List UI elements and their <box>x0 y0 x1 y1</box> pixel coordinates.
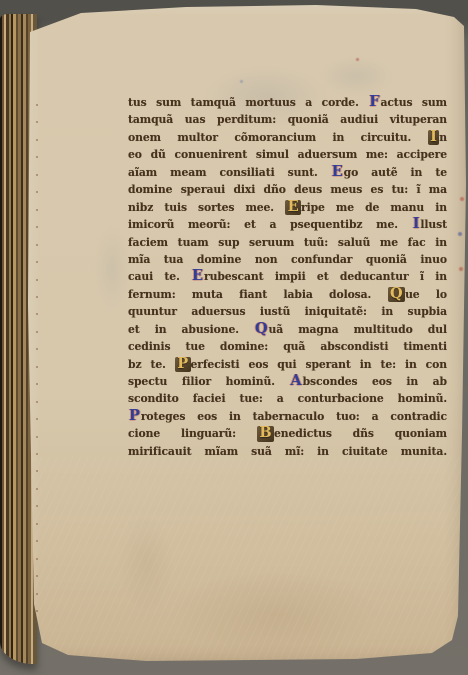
pricking-dot <box>36 505 38 507</box>
text-line: aĩam meam consiliati sunt. Ego autẽ in t… <box>128 164 447 181</box>
text-segment: ue lo <box>405 288 447 301</box>
text-line: cedinis tue domine: quã abscondisti time… <box>128 338 447 355</box>
bleed-speck <box>459 267 463 271</box>
text-segment: bz te. <box>128 358 175 371</box>
versal-initial-p: P <box>128 409 141 424</box>
pricking-dot <box>36 366 38 368</box>
pricking-dot <box>36 209 38 211</box>
text-line: domine speraui dixi dño deus meus es tu:… <box>128 181 447 198</box>
text-segment: actus sum <box>380 96 447 109</box>
versal-initial-f: F <box>368 95 380 110</box>
text-line: Proteges eos in tabernaculo tuo: a contr… <box>128 408 447 425</box>
pricking-dot <box>36 540 38 542</box>
pricking-dot <box>36 226 38 228</box>
text-segment: uã magna multitudo dul <box>268 323 447 336</box>
text-line: faciem tuam sup seruum tuũ: saluũ me fac… <box>128 234 447 251</box>
text-segment: quuntur aduersus iustũ iniquitatẽ: in su… <box>128 305 447 318</box>
text-segment: cione linguarũ: <box>128 427 257 440</box>
text-line: cione linguarũ: Benedictus dñs quoniam <box>128 425 447 442</box>
text-segment: spectu filior hominũ. <box>128 375 289 388</box>
bleed-speck <box>240 80 243 83</box>
text-segment: go autẽ in te <box>344 166 447 179</box>
text-line: mirificauit mĩam suã mĩ: in ciuitate mun… <box>128 443 447 460</box>
text-segment: scondito faciei tue: a conturbacione hom… <box>128 392 447 405</box>
pricking-dot <box>36 156 38 158</box>
text-segment: n <box>439 131 447 144</box>
pricking-dot <box>36 279 38 281</box>
bleed-speck <box>356 58 359 61</box>
text-segment: caui te. <box>128 270 191 283</box>
pricking-dot <box>36 418 38 420</box>
text-segment: llust <box>420 218 447 231</box>
versal-initial-e: E <box>191 269 204 284</box>
text-segment: et in abusione. <box>128 323 254 336</box>
manuscript-photo: { "scene": { "subject": "Illuminated man… <box>0 0 468 675</box>
pricking-dot <box>36 593 38 595</box>
bleed-speck <box>460 197 464 201</box>
versal-initial-p: P <box>175 357 191 373</box>
pricking-dot <box>36 313 38 315</box>
text-line: eo dũ conuenirent simul aduersum me: acc… <box>128 146 447 163</box>
text-segment: tamquã uas perditum: quoniã audiui vitup… <box>128 113 447 126</box>
text-line: caui te. Erubescant impii et deducantur … <box>128 268 447 285</box>
versal-initial-q: Q <box>254 322 269 337</box>
text-segment: imicorũ meorũ: et a psequentibz me. <box>128 218 412 231</box>
pricking-dot <box>36 104 38 106</box>
text-segment: aĩam meam consiliati sunt. <box>128 166 331 179</box>
text-segment: fernum: muta fiant labia dolosa. <box>128 288 388 301</box>
text-line: tus sum tamquã mortuus a corde. Factus s… <box>128 94 447 111</box>
versal-initial-i: I <box>428 130 440 146</box>
pricking-dot <box>36 401 38 403</box>
pricking-dot <box>36 348 38 350</box>
pricking-dot <box>36 453 38 455</box>
text-line: mĩa tua domine non confundar quoniã inuo <box>128 251 447 268</box>
versal-initial-b: B <box>257 426 274 442</box>
pricking-dot <box>36 331 38 333</box>
text-segment: tus sum tamquã mortuus a corde. <box>128 96 368 109</box>
pricking-dot <box>36 470 38 472</box>
pricking-dot <box>36 610 38 612</box>
versal-initial-a: A <box>289 374 302 389</box>
pricking-dot <box>36 296 38 298</box>
text-line: bz te. Perfecisti eos qui sperant in te:… <box>128 356 447 373</box>
versal-initial-e: E <box>285 200 301 216</box>
text-line: imicorũ meorũ: et a psequentibz me. Illu… <box>128 216 447 233</box>
text-block: tus sum tamquã mortuus a corde. Factus s… <box>128 94 447 460</box>
text-segment: onem multor cõmorancium in circuitu. <box>128 131 428 144</box>
text-line: quuntur aduersus iustũ iniquitatẽ: in su… <box>128 303 447 320</box>
text-segment: eo dũ conuenirent simul aduersum me: acc… <box>128 148 447 161</box>
pricking-dot <box>36 261 38 263</box>
pricking-dot <box>36 558 38 560</box>
pricking-dot <box>36 436 38 438</box>
versal-initial-e: E <box>331 165 344 180</box>
text-line: fernum: muta fiant labia dolosa. Que lo <box>128 286 447 303</box>
text-segment: cedinis tue domine: quã abscondisti time… <box>128 340 447 353</box>
text-line: nibz tuis sortes mee. Eripe me de manu i… <box>128 199 447 216</box>
text-segment: mĩa tua domine non confundar quoniã inuo <box>128 253 447 266</box>
pricking-dot <box>36 383 38 385</box>
text-segment: nibz tuis sortes mee. <box>128 201 285 214</box>
text-segment: ripe me de manu in <box>301 201 447 214</box>
pricking-dot <box>36 244 38 246</box>
text-segment: mirificauit mĩam suã mĩ: in ciuitate mun… <box>128 445 447 458</box>
text-segment: bscondes eos in ab <box>303 375 447 388</box>
text-segment: erfecisti eos qui sperant in te: in con <box>191 358 447 371</box>
pricking-dot <box>36 488 38 490</box>
pricking-dot <box>36 191 38 193</box>
text-segment: roteges eos in tabernaculo tuo: a contra… <box>141 410 447 423</box>
text-line: onem multor cõmorancium in circuitu. In <box>128 129 447 146</box>
versal-initial-q: Q <box>388 287 406 303</box>
text-segment: faciem tuam sup seruum tuũ: saluũ me fac… <box>128 236 447 249</box>
text-segment: enedictus dñs quoniam <box>274 427 447 440</box>
pricking-dot <box>36 575 38 577</box>
pricking-dot <box>36 523 38 525</box>
text-segment: domine speraui dixi dño deus meus es tu:… <box>128 183 447 196</box>
text-segment: rubescant impii et deducantur ĩ in <box>204 270 447 283</box>
text-line: tamquã uas perditum: quoniã audiui vitup… <box>128 111 447 128</box>
text-line: et in abusione. Quã magna multitudo dul <box>128 321 447 338</box>
bleed-speck <box>458 232 462 236</box>
text-line: spectu filior hominũ. Abscondes eos in a… <box>128 373 447 390</box>
pricking-dot <box>36 121 38 123</box>
pricking-dot <box>36 139 38 141</box>
parchment-page: tus sum tamquã mortuus a corde. Factus s… <box>26 4 468 670</box>
text-line: scondito faciei tue: a conturbacione hom… <box>128 390 447 407</box>
pricking-dot <box>36 174 38 176</box>
